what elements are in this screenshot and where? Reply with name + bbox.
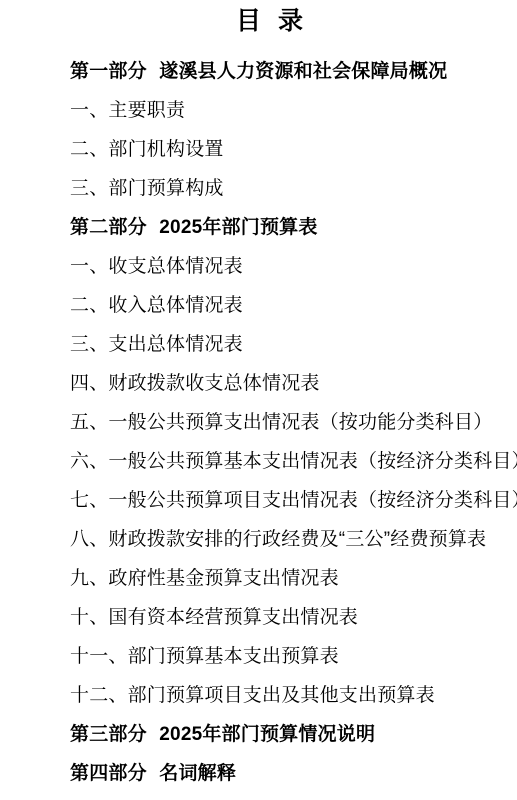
toc-entry: 一、主要职责: [70, 91, 517, 130]
toc-entry: 十一、部门预算基本支出预算表: [70, 637, 517, 676]
toc-entry: 八、财政拨款安排的行政经费及“三公”经费预算表: [70, 520, 517, 559]
toc-entry: 七、一般公共预算项目支出情况表（按经济分类科目）: [70, 481, 517, 520]
toc-entry: 二、部门机构设置: [70, 130, 517, 169]
toc-entry: 三、支出总体情况表: [70, 325, 517, 364]
toc-title: 目 录: [70, 6, 470, 36]
toc-entry: 二、收入总体情况表: [70, 286, 517, 325]
toc-section-heading-part4: 第四部分 名词解释: [70, 754, 517, 793]
toc-entry: 三、部门预算构成: [70, 169, 517, 208]
toc-entry: 十二、部门预算项目支出及其他支出预算表: [70, 676, 517, 715]
table-of-contents: 第一部分 遂溪县人力资源和社会保障局概况 一、主要职责 二、部门机构设置 三、部…: [70, 52, 517, 793]
toc-section-heading-part2: 第二部分 2025年部门预算表: [70, 208, 517, 247]
toc-entry: 十、国有资本经营预算支出情况表: [70, 598, 517, 637]
document-page: 目 录 第一部分 遂溪县人力资源和社会保障局概况 一、主要职责 二、部门机构设置…: [0, 6, 517, 800]
toc-entry: 九、政府性基金预算支出情况表: [70, 559, 517, 598]
toc-section-heading-part3: 第三部分 2025年部门预算情况说明: [70, 715, 517, 754]
toc-entry: 一、收支总体情况表: [70, 247, 517, 286]
toc-entry: 六、一般公共预算基本支出情况表（按经济分类科目）: [70, 442, 517, 481]
toc-entry: 四、财政拨款收支总体情况表: [70, 364, 517, 403]
toc-entry: 五、一般公共预算支出情况表（按功能分类科目）: [70, 403, 517, 442]
toc-section-heading-part1: 第一部分 遂溪县人力资源和社会保障局概况: [70, 52, 517, 91]
